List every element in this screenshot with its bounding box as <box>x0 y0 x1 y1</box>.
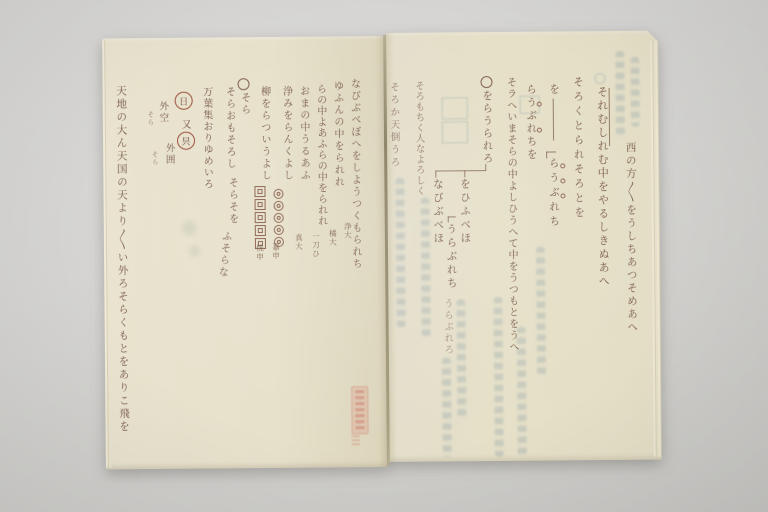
ring-symbol <box>274 213 284 223</box>
headword: 外空 <box>158 101 168 124</box>
entry-circle-marker <box>480 76 492 88</box>
bleed-through-column <box>442 357 452 457</box>
bleed-through-column <box>630 57 640 127</box>
manuscript-column: らうぶれち <box>548 157 559 230</box>
ink-smudge <box>189 246 200 257</box>
manuscript-book: なびぶべぼへをしようつくもられち 浄大 ゆふんの中をられれ 橘大 らの中よあふら… <box>102 31 662 472</box>
manuscript-column: そらおもそろし <box>224 86 235 170</box>
handakuten-dot <box>537 128 542 133</box>
square-symbol <box>255 225 266 236</box>
tree-sub-column: うらぶれち <box>446 223 457 291</box>
bleed-through-column <box>456 299 466 419</box>
bleed-through-column <box>493 297 503 457</box>
square-symbol <box>255 212 266 223</box>
bleed-through-square <box>442 121 468 143</box>
ring-symbol <box>274 225 284 235</box>
photo-backdrop: なびぶべぼへをしようつくもられち 浄大 ゆふんの中をられれ 橘大 らの中よあふら… <box>0 0 768 512</box>
entry-mark: 又 <box>182 117 192 131</box>
collection-seal <box>351 386 368 434</box>
seal-note <box>352 435 360 446</box>
grade-note: 嘉申 <box>272 243 280 260</box>
bracket-line <box>546 151 556 152</box>
handakuten-dot <box>537 102 542 107</box>
manuscript-column: ゆふんの中をられれ <box>332 80 343 188</box>
grade-note: 真大 <box>295 234 303 251</box>
manuscript-column: らの中よあふらの中をられれ <box>315 83 326 226</box>
headword-gloss: そら <box>147 111 154 126</box>
square-stack <box>254 186 266 249</box>
tree-parent-column: をらうられろ <box>482 90 493 165</box>
manuscript-column: そら <box>239 92 249 116</box>
manuscript-column: そラへいまそらの中よしひうへて中をうつもとをうへ <box>504 77 516 353</box>
handakuten-dot <box>561 193 566 198</box>
circled-entry-mark: 昗 <box>177 132 195 150</box>
manuscript-column: 万葉集おりゆめいろ <box>201 86 212 190</box>
bleed-through-column <box>536 247 546 377</box>
manuscript-column: 柳をらついうよし <box>259 86 270 182</box>
bleed-through-column <box>517 327 527 457</box>
manuscript-column: 西の方〳〵をうしちあつそめあへ <box>625 142 637 335</box>
bleed-through-column <box>615 51 625 139</box>
tree-riser-line <box>485 164 486 170</box>
bracket-line <box>448 216 456 217</box>
grade-note: 一刀ひ <box>312 233 320 259</box>
bleed-through-square <box>594 73 605 84</box>
manuscript-column: そろもちく人なよろしく <box>414 81 425 197</box>
handakuten-dot <box>560 178 565 183</box>
manuscript-column: らうぶれちを <box>526 84 537 162</box>
tree-drop-line <box>435 171 436 178</box>
manuscript-column: それむしれむ中をやるしきぬあへ <box>597 86 610 289</box>
headword: 外囲 <box>164 143 174 166</box>
square-symbol <box>254 186 265 197</box>
headword-gloss: そら <box>151 151 158 166</box>
circled-entry-mark: 日 <box>175 92 193 110</box>
manuscript-column: 浄みをらんくよし <box>281 86 292 182</box>
manuscript-column: そろか天倒うろ <box>389 82 399 170</box>
manuscript-column: そらそを <box>226 177 236 225</box>
tree-drop-line <box>464 170 465 177</box>
manuscript-column: そろくとられそろとを <box>572 76 584 221</box>
grade-note: 浄大 <box>344 222 352 239</box>
tree-below-column: うらぶれろ <box>442 298 452 356</box>
grade-note: 橘大 <box>329 229 337 246</box>
tree-branch-column: をひふべほ <box>459 178 470 246</box>
bracket-line <box>448 216 449 222</box>
bleed-through-column <box>395 178 405 328</box>
tree-branch-column: なびぶべほ <box>432 178 443 246</box>
manuscript-column: を <box>549 83 560 96</box>
handakuten-dot <box>560 163 565 168</box>
bleed-through-square <box>442 97 468 119</box>
manuscript-column: なびぶべぼへをしようつくもられち <box>348 78 360 270</box>
grade-note: 恍申 <box>256 244 264 261</box>
bleed-through-column <box>421 198 431 338</box>
manuscript-column: 天地の大ん天国の天より〳〵い外ろそらくもとをありこ飛を <box>116 85 130 434</box>
square-symbol <box>255 199 266 210</box>
ring-symbol <box>273 189 283 199</box>
entry-circle-marker <box>237 78 249 90</box>
manuscript-column: おまの中うるあふ <box>298 86 309 182</box>
ring-stack <box>273 189 284 247</box>
ring-symbol <box>274 201 284 211</box>
bracket-line <box>546 152 547 159</box>
ink-smudge <box>182 221 197 236</box>
